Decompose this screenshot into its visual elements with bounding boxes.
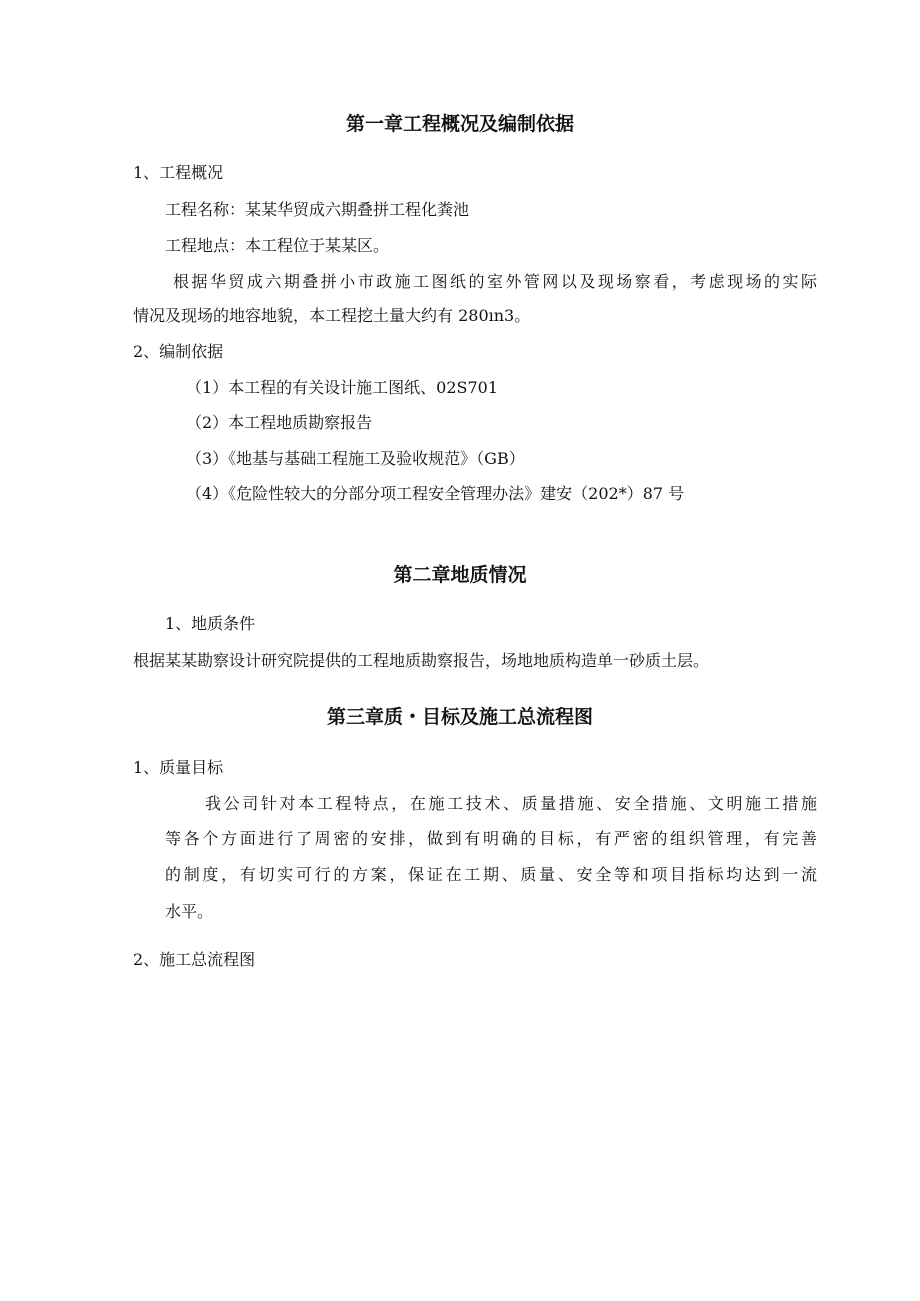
overview-paragraph-line-1: 根据华贸成六期叠拼小市政施工图纸的室外管网以及现场察看，考虑现场的实际: [173, 272, 817, 292]
basis-item-2: （2）本工程地质勘察报告: [186, 413, 372, 433]
geology-paragraph: 根据某某勘察设计研究院提供的工程地质勘察报告，场地地质构造单一砂质土层。: [133, 651, 709, 671]
section-heading-flowchart: 2、施工总流程图: [133, 950, 255, 970]
chapter-3-title: 第三章质・目标及施工总流程图: [0, 705, 920, 729]
overview-paragraph-line-2: 情况及现场的地容地貌，本工程挖土量大约有 280ın3。: [133, 306, 530, 326]
chapter-2-title: 第二章地质情况: [0, 563, 920, 587]
project-location: 工程地点：本工程位于某某区。: [165, 236, 389, 256]
chapter-1-title: 第一章工程概况及编制依据: [0, 112, 920, 136]
basis-item-4: （4）《危险性较大的分部分项工程安全管理办法》建安（202*）87 号: [186, 484, 684, 504]
section-heading-project-overview: 1、工程概况: [133, 163, 223, 183]
section-heading-basis: 2、编制依据: [133, 342, 223, 362]
basis-item-1: （1）本工程的有关设计施工图纸、02S701: [186, 378, 498, 398]
quality-paragraph-line-1: 我公司针对本工程特点，在施工技术、质量措施、安全措施、文明施工措施: [205, 794, 817, 814]
quality-paragraph-line-2: 等各个方面进行了周密的安排，做到有明确的目标，有严密的组织管理，有完善: [165, 829, 817, 849]
basis-item-3: （3）《地基与基础工程施工及验收规范》（GB）: [186, 449, 525, 469]
project-name: 工程名称：某某华贸成六期叠拼工程化粪池: [165, 200, 469, 220]
section-heading-geology: 1、地质条件: [165, 614, 255, 634]
quality-paragraph-line-4: 水平。: [165, 902, 213, 922]
quality-paragraph-line-3: 的制度，有切实可行的方案，保证在工期、质量、安全等和项目指标均达到一流: [165, 865, 817, 885]
section-heading-quality-goal: 1、质量目标: [133, 758, 223, 778]
